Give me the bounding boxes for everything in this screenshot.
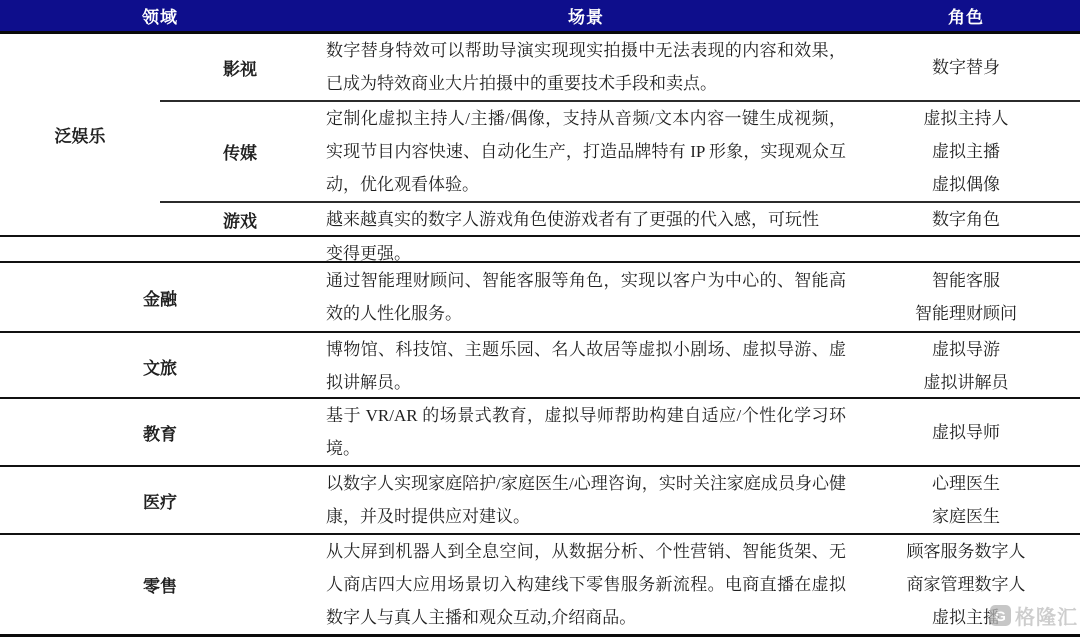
roles-cell-media: 虚拟主持人 虚拟主播 虚拟偶像 <box>852 102 1080 201</box>
scene-text-media: 定制化虚拟主持人/主播/偶像，支持从音频/文本内容一键生成视频，实现节目内容快速… <box>326 102 846 201</box>
roles-cell-film: 数字替身 <box>852 34 1080 100</box>
gelonghui-watermark: G 格隆汇 <box>990 601 1078 630</box>
roles-cell-education: 虚拟导师 <box>852 399 1080 465</box>
scene-cell-media: 定制化虚拟主持人/主播/偶像，支持从音频/文本内容一键生成视频，实现节目内容快速… <box>320 102 852 201</box>
subrow-media: 传媒 定制化虚拟主持人/主播/偶像，支持从音频/文本内容一键生成视频，实现节目内… <box>160 100 1080 201</box>
role-item: 虚拟导师 <box>932 416 1000 449</box>
subdomain-label-film: 影视 <box>160 34 320 100</box>
row-game-continuation: 变得更强。 <box>0 235 1080 261</box>
row-finance: 金融 通过智能理财顾问、智能客服等角色，实现以客户为中心的、智能高效的人性化服务… <box>0 261 1080 331</box>
gelonghui-brand-text: 格隆汇 <box>1015 601 1078 630</box>
scene-text-education: 基于 VR/AR 的场景式教育，虚拟导师帮助构建自适应/个性化学习环境。 <box>326 399 846 465</box>
scene-cell-culture-tourism: 博物馆、科技馆、主题乐园、名人故居等虚拟小剧场、虚拟导游、虚拟讲解员。 <box>320 333 852 399</box>
row-retail: 零售 从大屏到机器人到全息空间，从数据分析、个性营销、智能货架、无人商店四大应用… <box>0 533 1080 634</box>
role-item: 虚拟主播 <box>932 135 1000 168</box>
gelonghui-logo-icon: G <box>990 605 1011 626</box>
role-item: 智能客服 <box>932 264 1000 297</box>
role-item: 智能理财顾问 <box>915 297 1017 330</box>
scene-cell-finance: 通过智能理财顾问、智能客服等角色，实现以客户为中心的、智能高效的人性化服务。 <box>320 263 852 331</box>
header-scene: 场景 <box>320 3 852 28</box>
domain-label-pan-entertainment: 泛娱乐 <box>0 34 160 235</box>
subrow-game: 游戏 越来越真实的数字人游戏角色使游戏者有了更强的代入感，可玩性 数字角色 <box>160 201 1080 235</box>
scene-cell-education: 基于 VR/AR 的场景式教育，虚拟导师帮助构建自适应/个性化学习环境。 <box>320 399 852 465</box>
scene-cell-game: 越来越真实的数字人游戏角色使游戏者有了更强的代入感，可玩性 <box>320 203 852 236</box>
subdomain-label-media: 传媒 <box>160 102 320 201</box>
table-header-row: 领域 场景 角色 <box>0 0 1080 31</box>
digital-human-applications-table-page: 领域 场景 角色 泛娱乐 影视 数字替身特效可以帮助导演实现现实拍摄中无法表现的… <box>0 0 1080 637</box>
domain-label-finance: 金融 <box>0 263 320 331</box>
row-culture-tourism: 文旅 博物馆、科技馆、主题乐园、名人故居等虚拟小剧场、虚拟导游、虚拟讲解员。 虚… <box>0 331 1080 397</box>
scene-text-film: 数字替身特效可以帮助导演实现现实拍摄中无法表现的内容和效果，已成为特效商业大片拍… <box>326 34 846 100</box>
scene-text-retail: 从大屏到机器人到全息空间，从数据分析、个性营销、智能货架、无人商店四大应用场景切… <box>326 535 846 634</box>
roles-cell-healthcare: 心理医生 家庭医生 <box>852 467 1080 533</box>
roles-cell-game: 数字角色 <box>852 203 1080 236</box>
domain-label-culture-tourism: 文旅 <box>0 333 320 399</box>
role-item: 虚拟导游 <box>932 333 1000 366</box>
scene-text-healthcare: 以数字人实现家庭陪护/家庭医生/心理咨询，实时关注家庭成员身心健康，并及时提供应… <box>326 467 846 533</box>
scene-text-finance: 通过智能理财顾问、智能客服等角色，实现以客户为中心的、智能高效的人性化服务。 <box>326 264 846 330</box>
role-item: 顾客服务数字人 <box>907 535 1026 568</box>
role-item: 心理医生 <box>932 467 1000 500</box>
scene-cell-retail: 从大屏到机器人到全息空间，从数据分析、个性营销、智能货架、无人商店四大应用场景切… <box>320 535 852 634</box>
row-pan-entertainment: 泛娱乐 影视 数字替身特效可以帮助导演实现现实拍摄中无法表现的内容和效果，已成为… <box>0 31 1080 235</box>
pan-entertainment-subrows: 影视 数字替身特效可以帮助导演实现现实拍摄中无法表现的内容和效果，已成为特效商业… <box>160 34 1080 235</box>
scene-cell-healthcare: 以数字人实现家庭陪护/家庭医生/心理咨询，实时关注家庭成员身心健康，并及时提供应… <box>320 467 852 533</box>
header-domain: 领域 <box>0 3 320 28</box>
subrow-film: 影视 数字替身特效可以帮助导演实现现实拍摄中无法表现的内容和效果，已成为特效商业… <box>160 34 1080 100</box>
scene-cell-film: 数字替身特效可以帮助导演实现现实拍摄中无法表现的内容和效果，已成为特效商业大片拍… <box>320 34 852 100</box>
row-education: 教育 基于 VR/AR 的场景式教育，虚拟导师帮助构建自适应/个性化学习环境。 … <box>0 397 1080 465</box>
roles-cell-culture-tourism: 虚拟导游 虚拟讲解员 <box>852 333 1080 399</box>
role-item: 数字替身 <box>932 51 1000 84</box>
role-item: 虚拟讲解员 <box>924 366 1009 399</box>
applications-table: 领域 场景 角色 泛娱乐 影视 数字替身特效可以帮助导演实现现实拍摄中无法表现的… <box>0 0 1080 637</box>
header-role: 角色 <box>852 3 1080 28</box>
subdomain-label-game: 游戏 <box>160 203 320 236</box>
role-item: 家庭医生 <box>932 500 1000 533</box>
domain-label-healthcare: 医疗 <box>0 467 320 533</box>
role-item: 商家管理数字人 <box>907 568 1026 601</box>
role-item: 虚拟主持人 <box>924 102 1009 135</box>
row-healthcare: 医疗 以数字人实现家庭陪护/家庭医生/心理咨询，实时关注家庭成员身心健康，并及时… <box>0 465 1080 533</box>
domain-label-retail: 零售 <box>0 535 320 634</box>
scene-text-culture-tourism: 博物馆、科技馆、主题乐园、名人故居等虚拟小剧场、虚拟导游、虚拟讲解员。 <box>326 333 846 399</box>
role-item: 虚拟偶像 <box>932 168 1000 201</box>
domain-label-education: 教育 <box>0 399 320 465</box>
role-item: 数字角色 <box>932 203 1000 236</box>
scene-text-game: 越来越真实的数字人游戏角色使游戏者有了更强的代入感，可玩性 <box>326 203 846 236</box>
roles-cell-finance: 智能客服 智能理财顾问 <box>852 263 1080 331</box>
